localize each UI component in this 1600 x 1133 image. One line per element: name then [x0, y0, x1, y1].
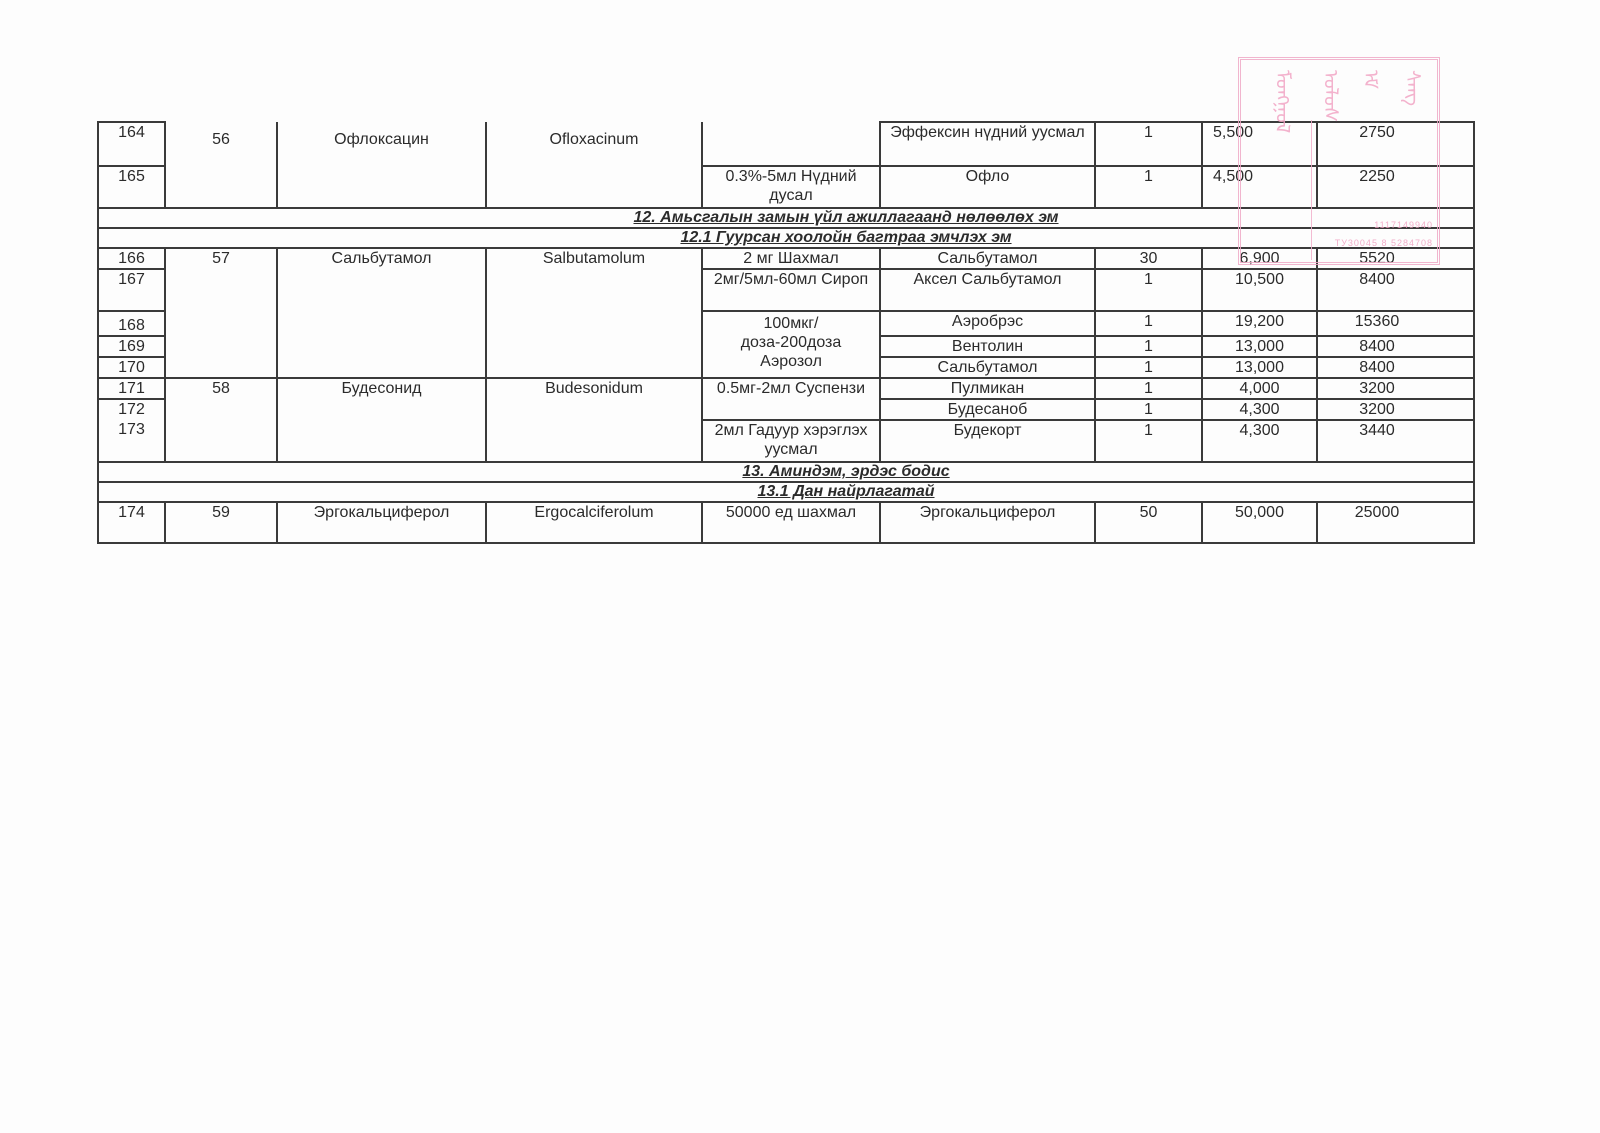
price: 13,000	[1202, 357, 1317, 378]
amount: 8400	[1317, 269, 1474, 311]
drug-name-mn: Офлоксацин	[277, 122, 486, 208]
amount: 3200	[1317, 399, 1474, 420]
price: 4,500	[1202, 166, 1317, 208]
group-number: 59	[165, 502, 277, 543]
brand-name: Сальбутамол	[880, 248, 1095, 269]
drug-name-latin: Ofloxacinum	[486, 122, 702, 208]
quantity: 1	[1095, 399, 1202, 420]
brand-name: Будесаноб	[880, 399, 1095, 420]
medicine-price-table: 164 56 Офлоксацин Ofloxacinum Эффексин н…	[97, 121, 1475, 544]
amount: 8400	[1317, 336, 1474, 357]
group-number: 57	[165, 248, 277, 378]
amount: 2750	[1317, 122, 1474, 166]
quantity: 1	[1095, 378, 1202, 399]
quantity: 1	[1095, 166, 1202, 208]
dosage-form: 2 мг Шахмал	[702, 248, 880, 269]
row-number: 167	[98, 269, 165, 311]
row-number: 168	[98, 311, 165, 336]
quantity: 1	[1095, 269, 1202, 311]
brand-name: Будекорт	[880, 420, 1095, 462]
brand-name: Аэробрэс	[880, 311, 1095, 336]
price: 50,000	[1202, 502, 1317, 543]
row-number: 171	[98, 378, 165, 399]
amount: 8400	[1317, 357, 1474, 378]
subsection-heading: 13.1 Дан найрлагатай	[98, 482, 1474, 502]
brand-name: Пулмикан	[880, 378, 1095, 399]
table-row: 166 57 Сальбутамол Salbutamolum 2 мг Шах…	[98, 248, 1474, 269]
amount: 25000	[1317, 502, 1474, 543]
dosage-form: 0.5мг-2мл Суспензи	[702, 378, 880, 420]
dosage-form: 2мг/5мл-60мл Сироп	[702, 269, 880, 311]
price: 5,500	[1202, 122, 1317, 166]
amount: 5520	[1317, 248, 1474, 269]
amount: 3200	[1317, 378, 1474, 399]
brand-name: Аксел Сальбутамол	[880, 269, 1095, 311]
dosage-form	[702, 122, 880, 166]
amount: 15360	[1317, 311, 1474, 336]
drug-name-latin: Budesonidum	[486, 378, 702, 462]
section-heading-row: 13.1 Дан найрлагатай	[98, 482, 1474, 502]
brand-name: Вентолин	[880, 336, 1095, 357]
subsection-heading: 12.1 Гуурсан хоолойн багтраа эмчлэх эм	[98, 228, 1474, 248]
brand-name: Офло	[880, 166, 1095, 208]
price: 19,200	[1202, 311, 1317, 336]
section-heading-row: 12.1 Гуурсан хоолойн багтраа эмчлэх эм	[98, 228, 1474, 248]
section-heading-row: 13. Аминдэм, эрдэс бодис	[98, 462, 1474, 482]
row-number: 166	[98, 248, 165, 269]
price: 13,000	[1202, 336, 1317, 357]
quantity: 30	[1095, 248, 1202, 269]
amount: 3440	[1317, 420, 1474, 462]
row-number: 174	[98, 502, 165, 543]
document-page: 164 56 Офлоксацин Ofloxacinum Эффексин н…	[0, 0, 1600, 1133]
dosage-form: 2мл Гадуур хэрэглэх уусмал	[702, 420, 880, 462]
group-number: 58	[165, 378, 277, 462]
quantity: 1	[1095, 336, 1202, 357]
price: 4,300	[1202, 399, 1317, 420]
price: 10,500	[1202, 269, 1317, 311]
row-number: 164	[98, 122, 165, 166]
section-heading: 12. Амьсгалын замын үйл ажиллагаанд нөлө…	[98, 208, 1474, 228]
section-heading: 13. Аминдэм, эрдэс бодис	[98, 462, 1474, 482]
row-number: 169	[98, 336, 165, 357]
quantity: 1	[1095, 357, 1202, 378]
dosage-form: 0.3%-5мл Нүдний дусал	[702, 166, 880, 208]
quantity: 1	[1095, 420, 1202, 462]
dosage-form: 50000 ед шахмал	[702, 502, 880, 543]
dosage-form: 100мкг/доза-200доза Аэрозол	[702, 311, 880, 378]
table-row: 164 56 Офлоксацин Ofloxacinum Эффексин н…	[98, 122, 1474, 166]
brand-name: Эргокальциферол	[880, 502, 1095, 543]
quantity: 50	[1095, 502, 1202, 543]
drug-name-mn: Эргокальциферол	[277, 502, 486, 543]
row-number: 173	[98, 420, 165, 462]
row-number: 165	[98, 166, 165, 208]
amount: 2250	[1317, 166, 1474, 208]
price: 6,900	[1202, 248, 1317, 269]
section-heading-row: 12. Амьсгалын замын үйл ажиллагаанд нөлө…	[98, 208, 1474, 228]
drug-name-latin: Ergocalciferolum	[486, 502, 702, 543]
drug-name-mn: Будесонид	[277, 378, 486, 462]
row-number: 170	[98, 357, 165, 378]
drug-name-latin: Salbutamolum	[486, 248, 702, 378]
drug-name-mn: Сальбутамол	[277, 248, 486, 378]
price: 4,300	[1202, 420, 1317, 462]
row-number: 172	[98, 399, 165, 420]
group-number: 56	[165, 122, 277, 208]
brand-name: Сальбутамол	[880, 357, 1095, 378]
brand-name: Эффексин нүдний уусмал	[880, 122, 1095, 166]
table-row: 171 58 Будесонид Budesonidum 0.5мг-2мл С…	[98, 378, 1474, 399]
price: 4,000	[1202, 378, 1317, 399]
quantity: 1	[1095, 122, 1202, 166]
quantity: 1	[1095, 311, 1202, 336]
table-row: 174 59 Эргокальциферол Ergocalciferolum …	[98, 502, 1474, 543]
